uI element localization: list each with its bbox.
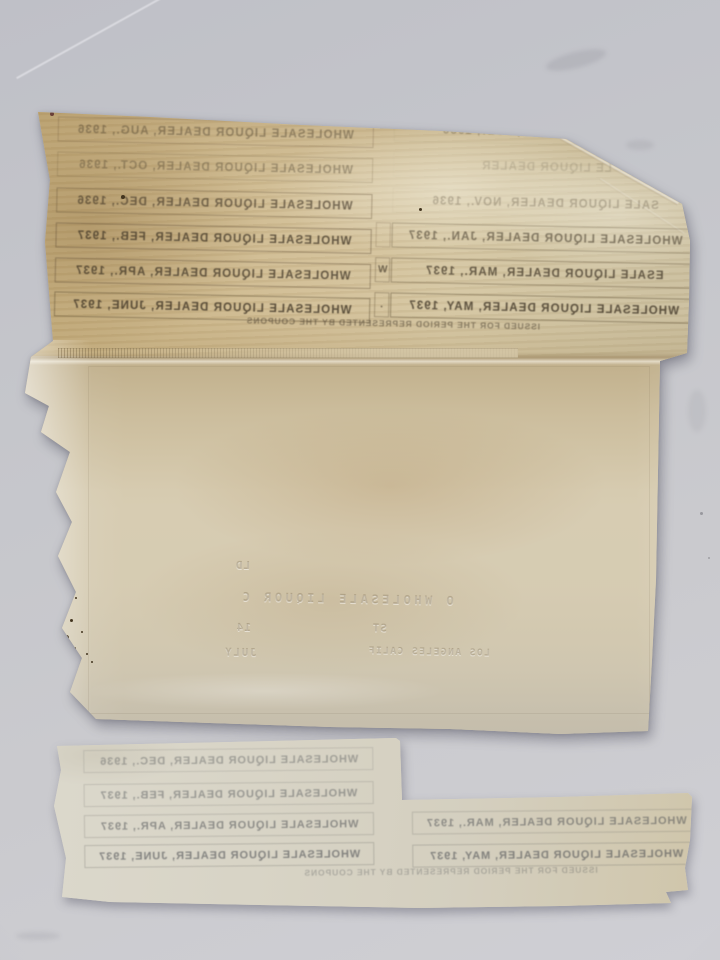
photo-vignette	[0, 0, 720, 960]
photo-background: WHOLESALE LIQUOR DEALER, AUG., 1936 WHOL…	[0, 0, 720, 960]
